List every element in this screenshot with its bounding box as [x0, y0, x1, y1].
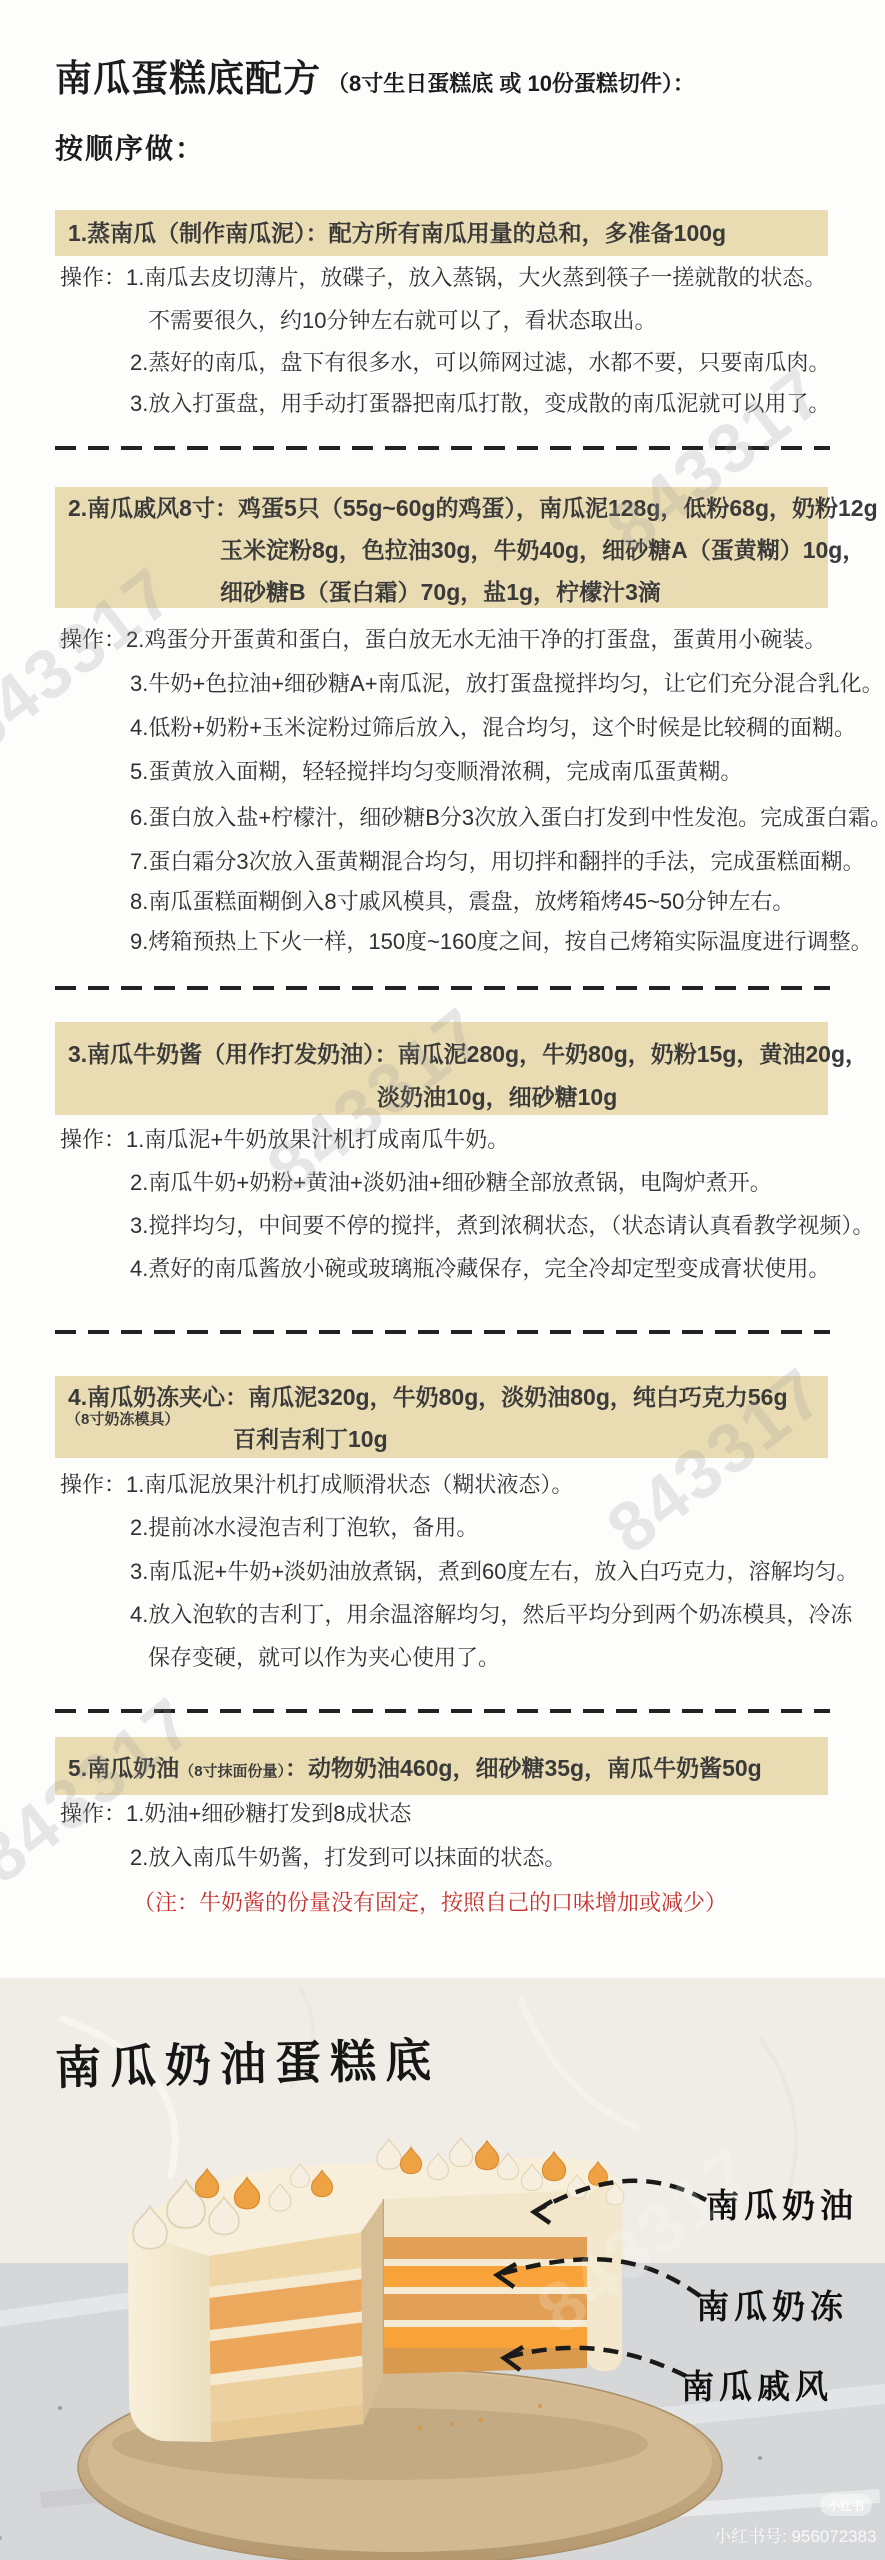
cake-photo: 南瓜奶油蛋糕底 南瓜奶油 南瓜奶冻 南瓜戚风 小红书 小红书号: 9560723…: [0, 1978, 885, 2560]
step-line: 4.低粉+奶粉+玉米淀粉过筛后放入，混合均匀，这个时候是比较稠的面糊。: [130, 713, 856, 743]
section-divider: [55, 986, 830, 990]
step-line: 2.放入南瓜牛奶酱，打发到可以抹面的状态。: [130, 1843, 566, 1873]
step-line: 4.煮好的南瓜酱放小碗或玻璃瓶冷藏保存，完全冷却定型变成膏状使用。: [130, 1254, 830, 1284]
warning-note: （注：牛奶酱的份量没有固定，按照自己的口味增加或减少）: [133, 1888, 727, 1918]
photo-caption: 南瓜奶油蛋糕底: [54, 2024, 440, 2098]
section3-header: 淡奶油10g，细砂糖10g: [377, 1082, 617, 1112]
page-title-main: 南瓜蛋糕底配方: [55, 58, 321, 99]
step-line: 不需要很久，约10分钟左右就可以了，看状态取出。: [148, 306, 656, 336]
step-line: 操作：1.南瓜泥放果汁机打成顺滑状态（糊状液态）。: [60, 1470, 573, 1500]
section4-header: 4.南瓜奶冻夹心：南瓜泥320g，牛奶80g，淡奶油80g，纯白巧克力56g: [68, 1382, 788, 1412]
section2-header: 2.南瓜戚风8寸：鸡蛋5只（55g~60g的鸡蛋），南瓜泥128g，低粉68g，…: [68, 493, 878, 523]
step-line: 2.南瓜牛奶+奶粉+黄油+淡奶油+细砂糖全部放煮锅，电陶炉煮开。: [130, 1168, 772, 1198]
label-pumpkin-chiffon: 南瓜戚风: [681, 2361, 833, 2408]
label-pumpkin-jelly: 南瓜奶冻: [696, 2281, 848, 2328]
section3-header: 3.南瓜牛奶酱（用作打发奶油）：南瓜泥280g，牛奶80g，奶粉15g，黄油20…: [68, 1039, 868, 1069]
label-pumpkin-cream: 南瓜奶油: [706, 2180, 858, 2227]
xiaohongshu-badge: 小红书: [820, 2494, 872, 2516]
step-line: 7.蛋白霜分3次放入蛋黄糊混合均匀，用切拌和翻拌的手法，完成蛋糕面糊。: [130, 847, 865, 877]
section4-header: 百利吉利丁10g: [233, 1424, 388, 1454]
section5-size-note: （8寸抹面份量）: [179, 1763, 285, 1780]
page-title-note: （8寸生日蛋糕底 或 10份蛋糕切件）：: [327, 71, 695, 96]
step-line: 5.蛋黄放入面糊，轻轻搅拌均匀变顺滑浓稠，完成南瓜蛋黄糊。: [130, 757, 742, 787]
step-line: 6.蛋白放入盐+柠檬汁，细砂糖B分3次放入蛋白打发到中性发泡。完成蛋白霜。: [130, 803, 885, 833]
section5-header-suffix: ：动物奶油460g，细砂糖35g，南瓜牛奶酱50g: [285, 1755, 762, 1781]
step-line: 操作：1.南瓜去皮切薄片，放碟子，放入蒸锅，大火蒸到筷子一搓就散的状态。: [60, 263, 826, 293]
step-line: 9.烤箱预热上下火一样，150度~160度之间，按自己烤箱实际温度进行调整。: [130, 927, 873, 957]
step-line: 8.南瓜蛋糕面糊倒入8寸戚风模具，震盘，放烤箱烤45~50分钟左右。: [130, 887, 794, 917]
step-line: 保存变硬，就可以作为夹心使用了。: [148, 1643, 500, 1673]
section-divider: [55, 1330, 830, 1334]
section5-header: 5.南瓜奶油（8寸抹面份量）：动物奶油460g，细砂糖35g，南瓜牛奶酱50g: [68, 1753, 762, 1787]
section-divider: [55, 1709, 830, 1713]
step-line: 3.放入打蛋盘，用手动打蛋器把南瓜打散，变成散的南瓜泥就可以用了。: [130, 389, 830, 419]
step-line: 3.搅拌均匀，中间要不停的搅拌，煮到浓稠状态，（状态请认真看教学视频）。: [130, 1211, 874, 1241]
section-divider: [55, 446, 830, 450]
section4-mold-note: （8寸奶冻模具）: [66, 1410, 179, 1430]
section2-header: 细砂糖B（蛋白霜）70g，盐1g，柠檬汁3滴: [220, 577, 661, 607]
step-line: 4.放入泡软的吉利丁，用余温溶解均匀，然后平均分到两个奶冻模具，冷冻: [130, 1600, 852, 1630]
xiaohongshu-id: 小红书号: 956072383: [714, 2522, 877, 2547]
step-line: 操作：1.奶油+细砂糖打发到8成状态: [60, 1799, 411, 1829]
step-line: 2.提前冰水浸泡吉利丁泡软，备用。: [130, 1513, 478, 1543]
section5-header-prefix: 5.南瓜奶油: [68, 1755, 179, 1781]
step-line: 3.南瓜泥+牛奶+淡奶油放煮锅，煮到60度左右，放入白巧克力，溶解均匀。: [130, 1557, 859, 1587]
order-heading: 按顺序做：: [55, 134, 205, 164]
step-line: 3.牛奶+色拉油+细砂糖A+南瓜泥，放打蛋盘搅拌均匀，让它们充分混合乳化。: [130, 669, 884, 699]
recipe-page: 843317 843317 843317 843317 843317 84331…: [0, 0, 885, 2560]
step-line: 操作：1.南瓜泥+牛奶放果汁机打成南瓜牛奶。: [60, 1125, 509, 1155]
section2-header: 玉米淀粉8g，色拉油30g，牛奶40g，细砂糖A（蛋黄糊）10g，: [220, 535, 865, 565]
step-line: 2.蒸好的南瓜，盘下有很多水，可以筛网过滤，水都不要，只要南瓜肉。: [130, 348, 830, 378]
step-line: 操作：2.鸡蛋分开蛋黄和蛋白，蛋白放无水无油干净的打蛋盘，蛋黄用小碗装。: [60, 625, 826, 655]
section1-header: 1.蒸南瓜（制作南瓜泥）：配方所有南瓜用量的总和，多准备100g: [68, 218, 726, 248]
page-title: 南瓜蛋糕底配方（8寸生日蛋糕底 或 10份蛋糕切件）：: [55, 64, 695, 99]
